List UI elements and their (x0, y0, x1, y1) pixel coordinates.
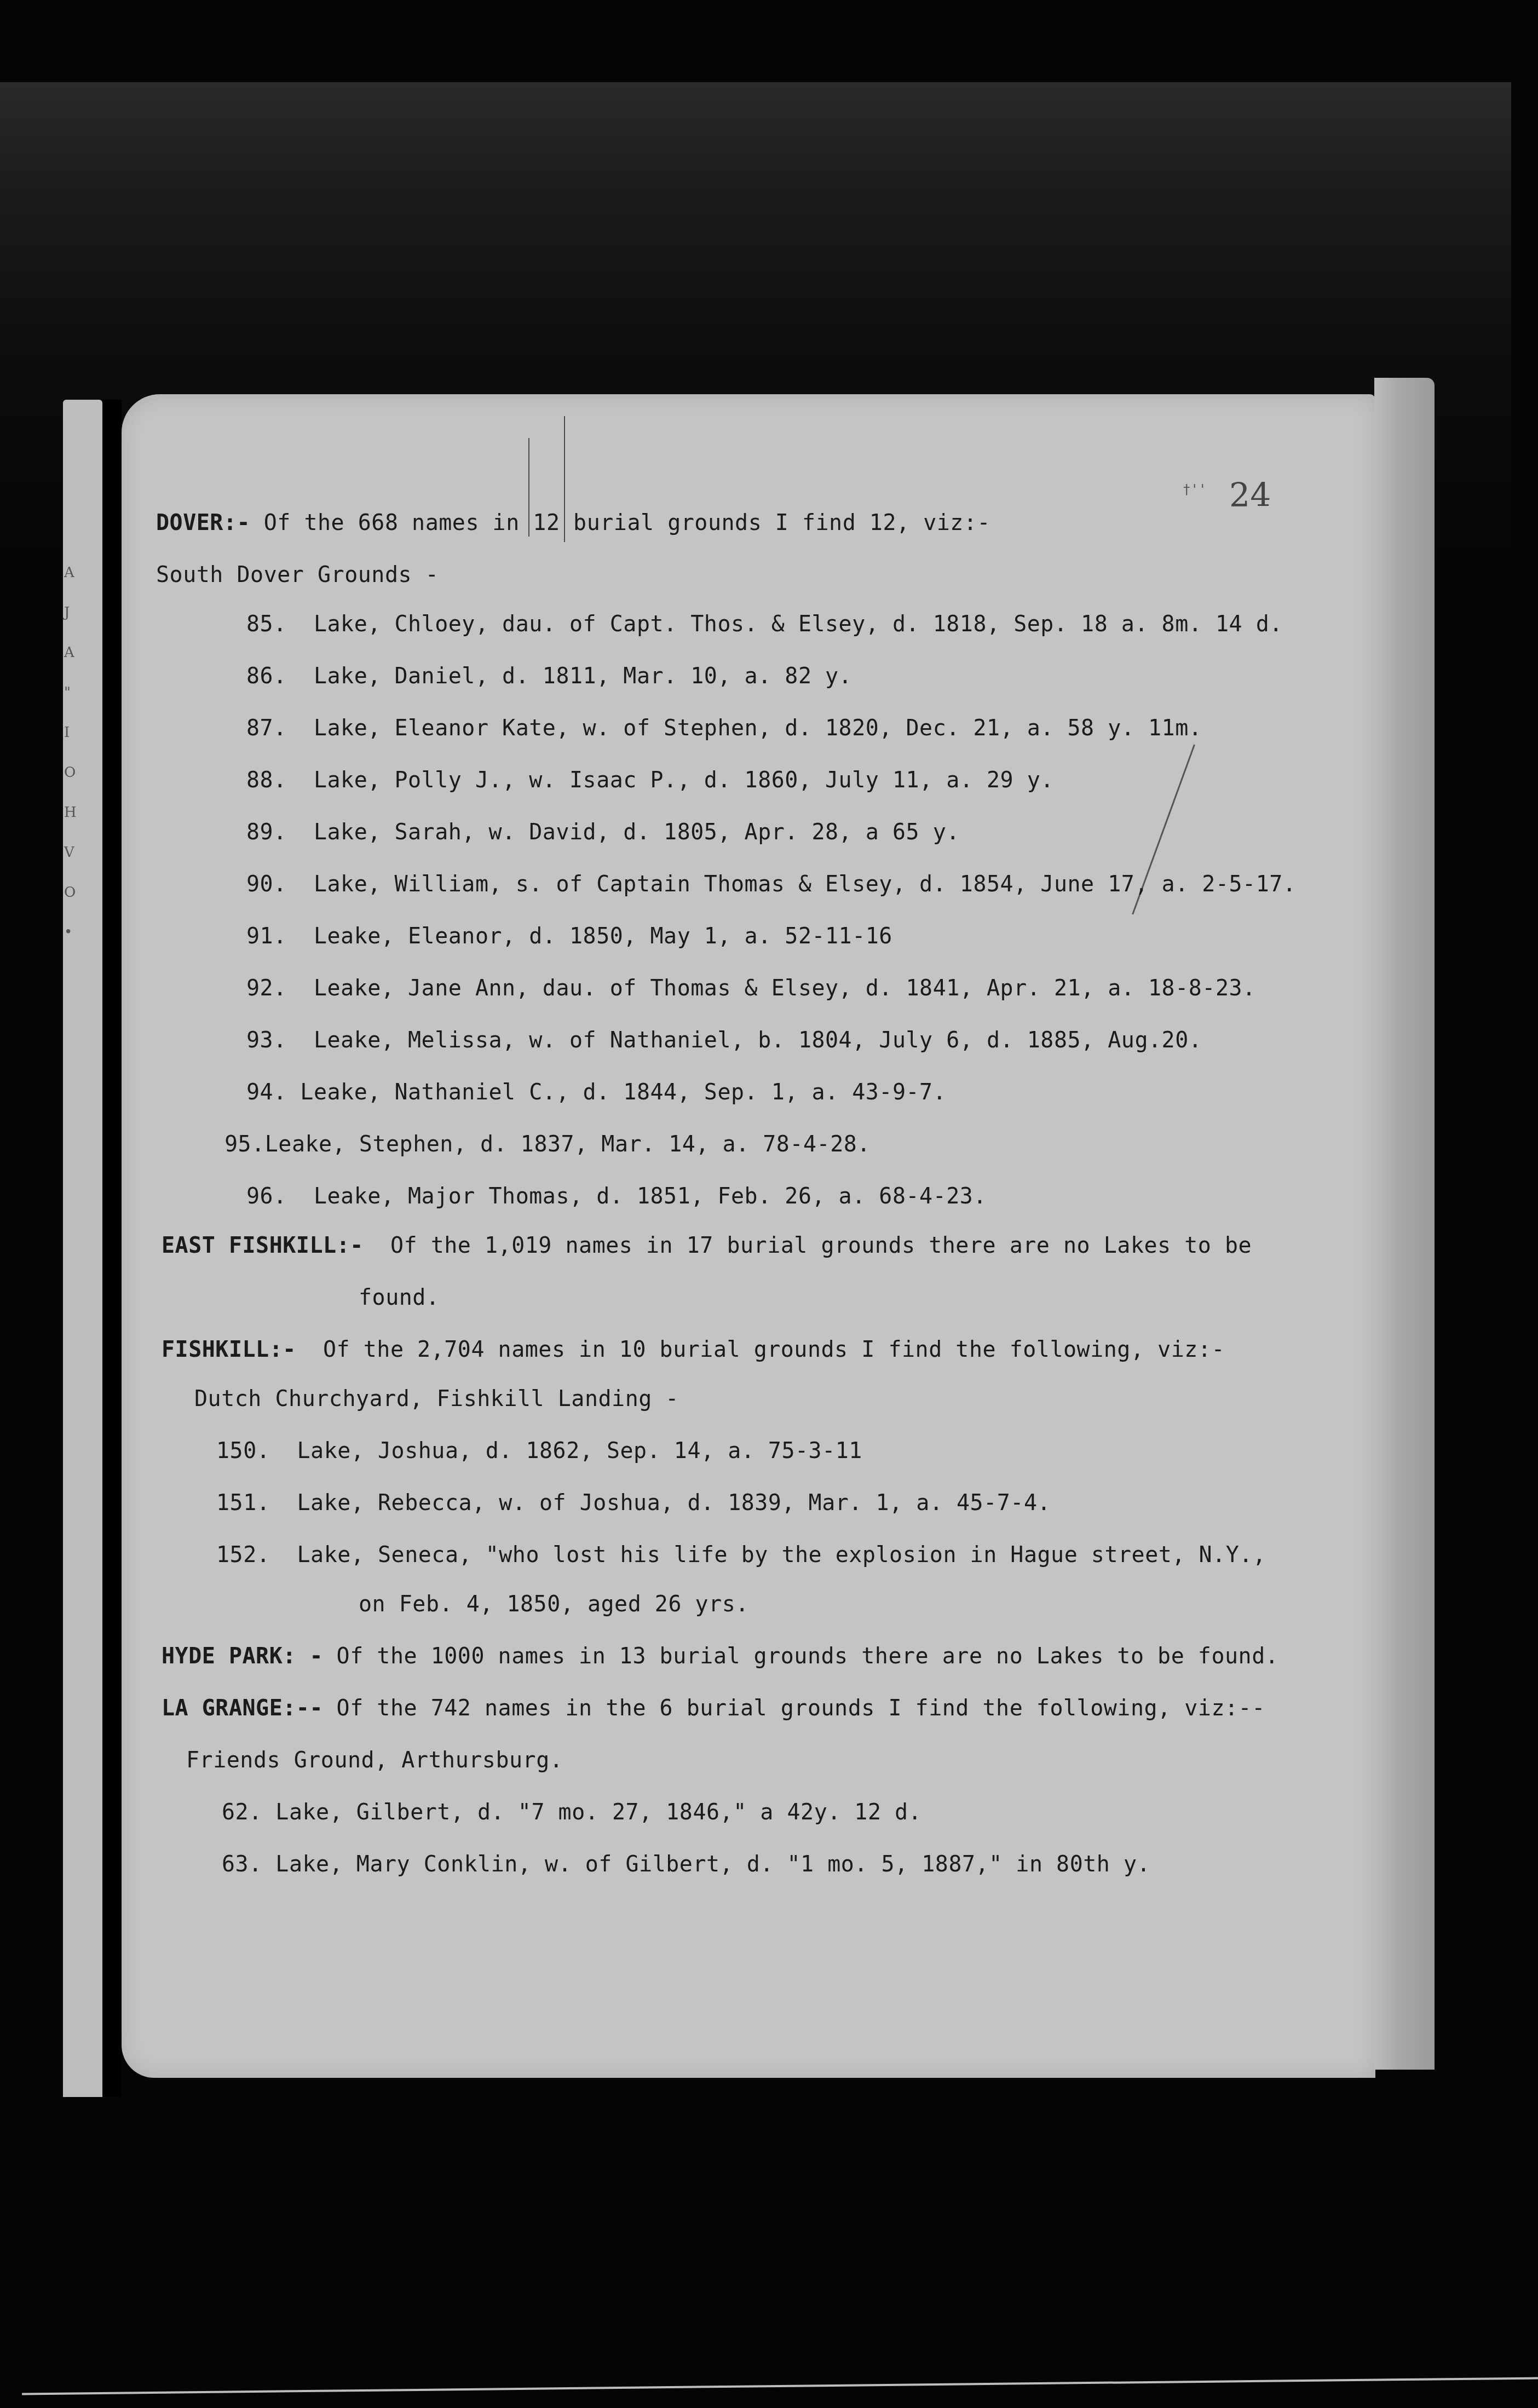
section-fishkill: FISHKILL:- Of the 2,704 names in 10 buri… (162, 1339, 1225, 1361)
margin-letters: A J A " I O H V O • (64, 553, 80, 953)
entry-number: 90. (246, 872, 287, 897)
entry-number: 86. (246, 664, 287, 689)
margin-letter: O (64, 873, 80, 913)
entry-number: 89. (246, 820, 287, 845)
entry: 95.Leake, Stephen, d. 1837, Mar. 14, a. … (224, 1133, 871, 1155)
entry-number: 96. (246, 1184, 287, 1209)
section-heading: FISHKILL:- (162, 1337, 296, 1362)
section-la-grange: LA GRANGE:-- Of the 742 names in the 6 b… (162, 1697, 1265, 1719)
entry-text: Leake, Major Thomas, d. 1851, Feb. 26, a… (314, 1184, 987, 1209)
entry: 151. Lake, Rebecca, w. of Joshua, d. 183… (216, 1492, 1051, 1514)
ground-name: Friends Ground, Arthursburg. (186, 1749, 563, 1771)
entry-continued: on Feb. 4, 1850, aged 26 yrs. (359, 1593, 749, 1615)
previous-page-edge: A J A " I O H V O • (63, 400, 102, 2097)
margin-letter: O (64, 753, 80, 793)
entry-number: 92. (246, 976, 287, 1001)
margin-letter: A (64, 633, 80, 673)
entry: 88. Lake, Polly J., w. Isaac P., d. 1860… (246, 769, 1054, 791)
entry-text: Lake, William, s. of Captain Thomas & El… (314, 872, 1297, 897)
section-east-fishkill: EAST FISHKILL:- Of the 1,019 names in 17… (162, 1235, 1252, 1257)
gutter-shadow (102, 400, 122, 2097)
margin-letter: " (64, 673, 80, 713)
entry: 91. Leake, Eleanor, d. 1850, May 1, a. 5… (246, 925, 892, 947)
entry-number: 152. (216, 1542, 270, 1568)
entry: 96. Leake, Major Thomas, d. 1851, Feb. 2… (246, 1185, 987, 1207)
entry: 62. Lake, Gilbert, d. "7 mo. 27, 1846," … (222, 1801, 921, 1823)
entry-text: Lake, Polly J., w. Isaac P., d. 1860, Ju… (314, 768, 1054, 793)
entry: 150. Lake, Joshua, d. 1862, Sep. 14, a. … (216, 1440, 862, 1462)
margin-letter: H (64, 793, 80, 833)
entry-number: 94. (246, 1080, 287, 1105)
entry-text: Lake, Eleanor Kate, w. of Stephen, d. 18… (314, 716, 1202, 741)
entry-text: Lake, Seneca, "who lost his life by the … (297, 1542, 1266, 1568)
margin-letter: I (64, 713, 80, 753)
margin-letter: V (64, 833, 80, 873)
entry: 92. Leake, Jane Ann, dau. of Thomas & El… (246, 977, 1256, 999)
entry-text: Lake, Rebecca, w. of Joshua, d. 1839, Ma… (297, 1490, 1051, 1516)
margin-letter: J (64, 593, 80, 633)
ground-name: Dutch Churchyard, Fishkill Landing - (194, 1388, 679, 1410)
entry-number: 91. (246, 924, 287, 949)
entry-number: 63. (222, 1852, 262, 1877)
entry-text: Leake, Melissa, w. of Nathaniel, b. 1804… (314, 1028, 1202, 1053)
page-stack-edge (1374, 378, 1435, 2070)
section-heading: HYDE PARK: - (162, 1644, 323, 1669)
entry-text: Leake, Jane Ann, dau. of Thomas & Elsey,… (314, 976, 1256, 1001)
entry: 93. Leake, Melissa, w. of Nathaniel, b. … (246, 1029, 1202, 1051)
section-text: Of the 668 names in 12 burial grounds I … (264, 510, 990, 535)
entry: 86. Lake, Daniel, d. 1811, Mar. 10, a. 8… (246, 665, 852, 687)
section-text: Of the 1,019 names in 17 burial grounds … (390, 1233, 1252, 1258)
entry: 152. Lake, Seneca, "who lost his life by… (216, 1544, 1266, 1566)
entry-number: 150. (216, 1438, 270, 1464)
entry: 94. Leake, Nathaniel C., d. 1844, Sep. 1… (246, 1081, 946, 1103)
entry-number: 88. (246, 768, 287, 793)
section-heading: LA GRANGE:-- (162, 1696, 323, 1721)
entry-text: Leake, Eleanor, d. 1850, May 1, a. 52-11… (314, 924, 892, 949)
section-text: Of the 2,704 names in 10 burial grounds … (323, 1337, 1225, 1362)
entry: 90. Lake, William, s. of Captain Thomas … (246, 873, 1296, 895)
entry-text: Lake, Gilbert, d. "7 mo. 27, 1846," a 42… (275, 1800, 921, 1825)
margin-letter: A (64, 553, 80, 593)
entry-text: Lake, Chloey, dau. of Capt. Thos. & Else… (314, 612, 1283, 637)
entry-number: 151. (216, 1490, 270, 1516)
entry-text: Leake, Nathaniel C., d. 1844, Sep. 1, a.… (300, 1080, 946, 1105)
section-text: Of the 742 names in the 6 burial grounds… (337, 1696, 1265, 1721)
entry-text: Leake, Stephen, d. 1837, Mar. 14, a. 78-… (265, 1132, 871, 1157)
section-dover: DOVER:- Of the 668 names in 12 burial gr… (156, 512, 990, 534)
ground-name: South Dover Grounds - (156, 564, 439, 586)
entry-text: Lake, Mary Conklin, w. of Gilbert, d. "1… (275, 1852, 1150, 1877)
margin-letter: • (64, 913, 80, 953)
film-edge-line (22, 2377, 1538, 2395)
entry: 89. Lake, Sarah, w. David, d. 1805, Apr.… (246, 821, 960, 843)
entry: 85. Lake, Chloey, dau. of Capt. Thos. & … (246, 613, 1283, 635)
section-text-continued: found. (359, 1287, 440, 1309)
entry-number: 93. (246, 1028, 287, 1053)
entry-number: 95. (224, 1132, 265, 1157)
entry-text: Lake, Sarah, w. David, d. 1805, Apr. 28,… (314, 820, 960, 845)
entry-text: Lake, Daniel, d. 1811, Mar. 10, a. 82 y. (314, 664, 852, 689)
entry-number: 87. (246, 716, 287, 741)
section-text: Of the 1000 names in 13 burial grounds t… (337, 1644, 1279, 1669)
section-hyde-park: HYDE PARK: - Of the 1000 names in 13 bur… (162, 1645, 1278, 1667)
section-heading: DOVER:- (156, 510, 250, 535)
entry: 63. Lake, Mary Conklin, w. of Gilbert, d… (222, 1853, 1150, 1875)
entry-number: 62. (222, 1800, 262, 1825)
pencil-mark: †'' (1183, 482, 1206, 497)
entry: 87. Lake, Eleanor Kate, w. of Stephen, d… (246, 717, 1202, 739)
entry-text: Lake, Joshua, d. 1862, Sep. 14, a. 75-3-… (297, 1438, 862, 1464)
page-number: 24 (1229, 476, 1271, 515)
entry-number: 85. (246, 612, 287, 637)
section-heading: EAST FISHKILL:- (162, 1233, 364, 1258)
